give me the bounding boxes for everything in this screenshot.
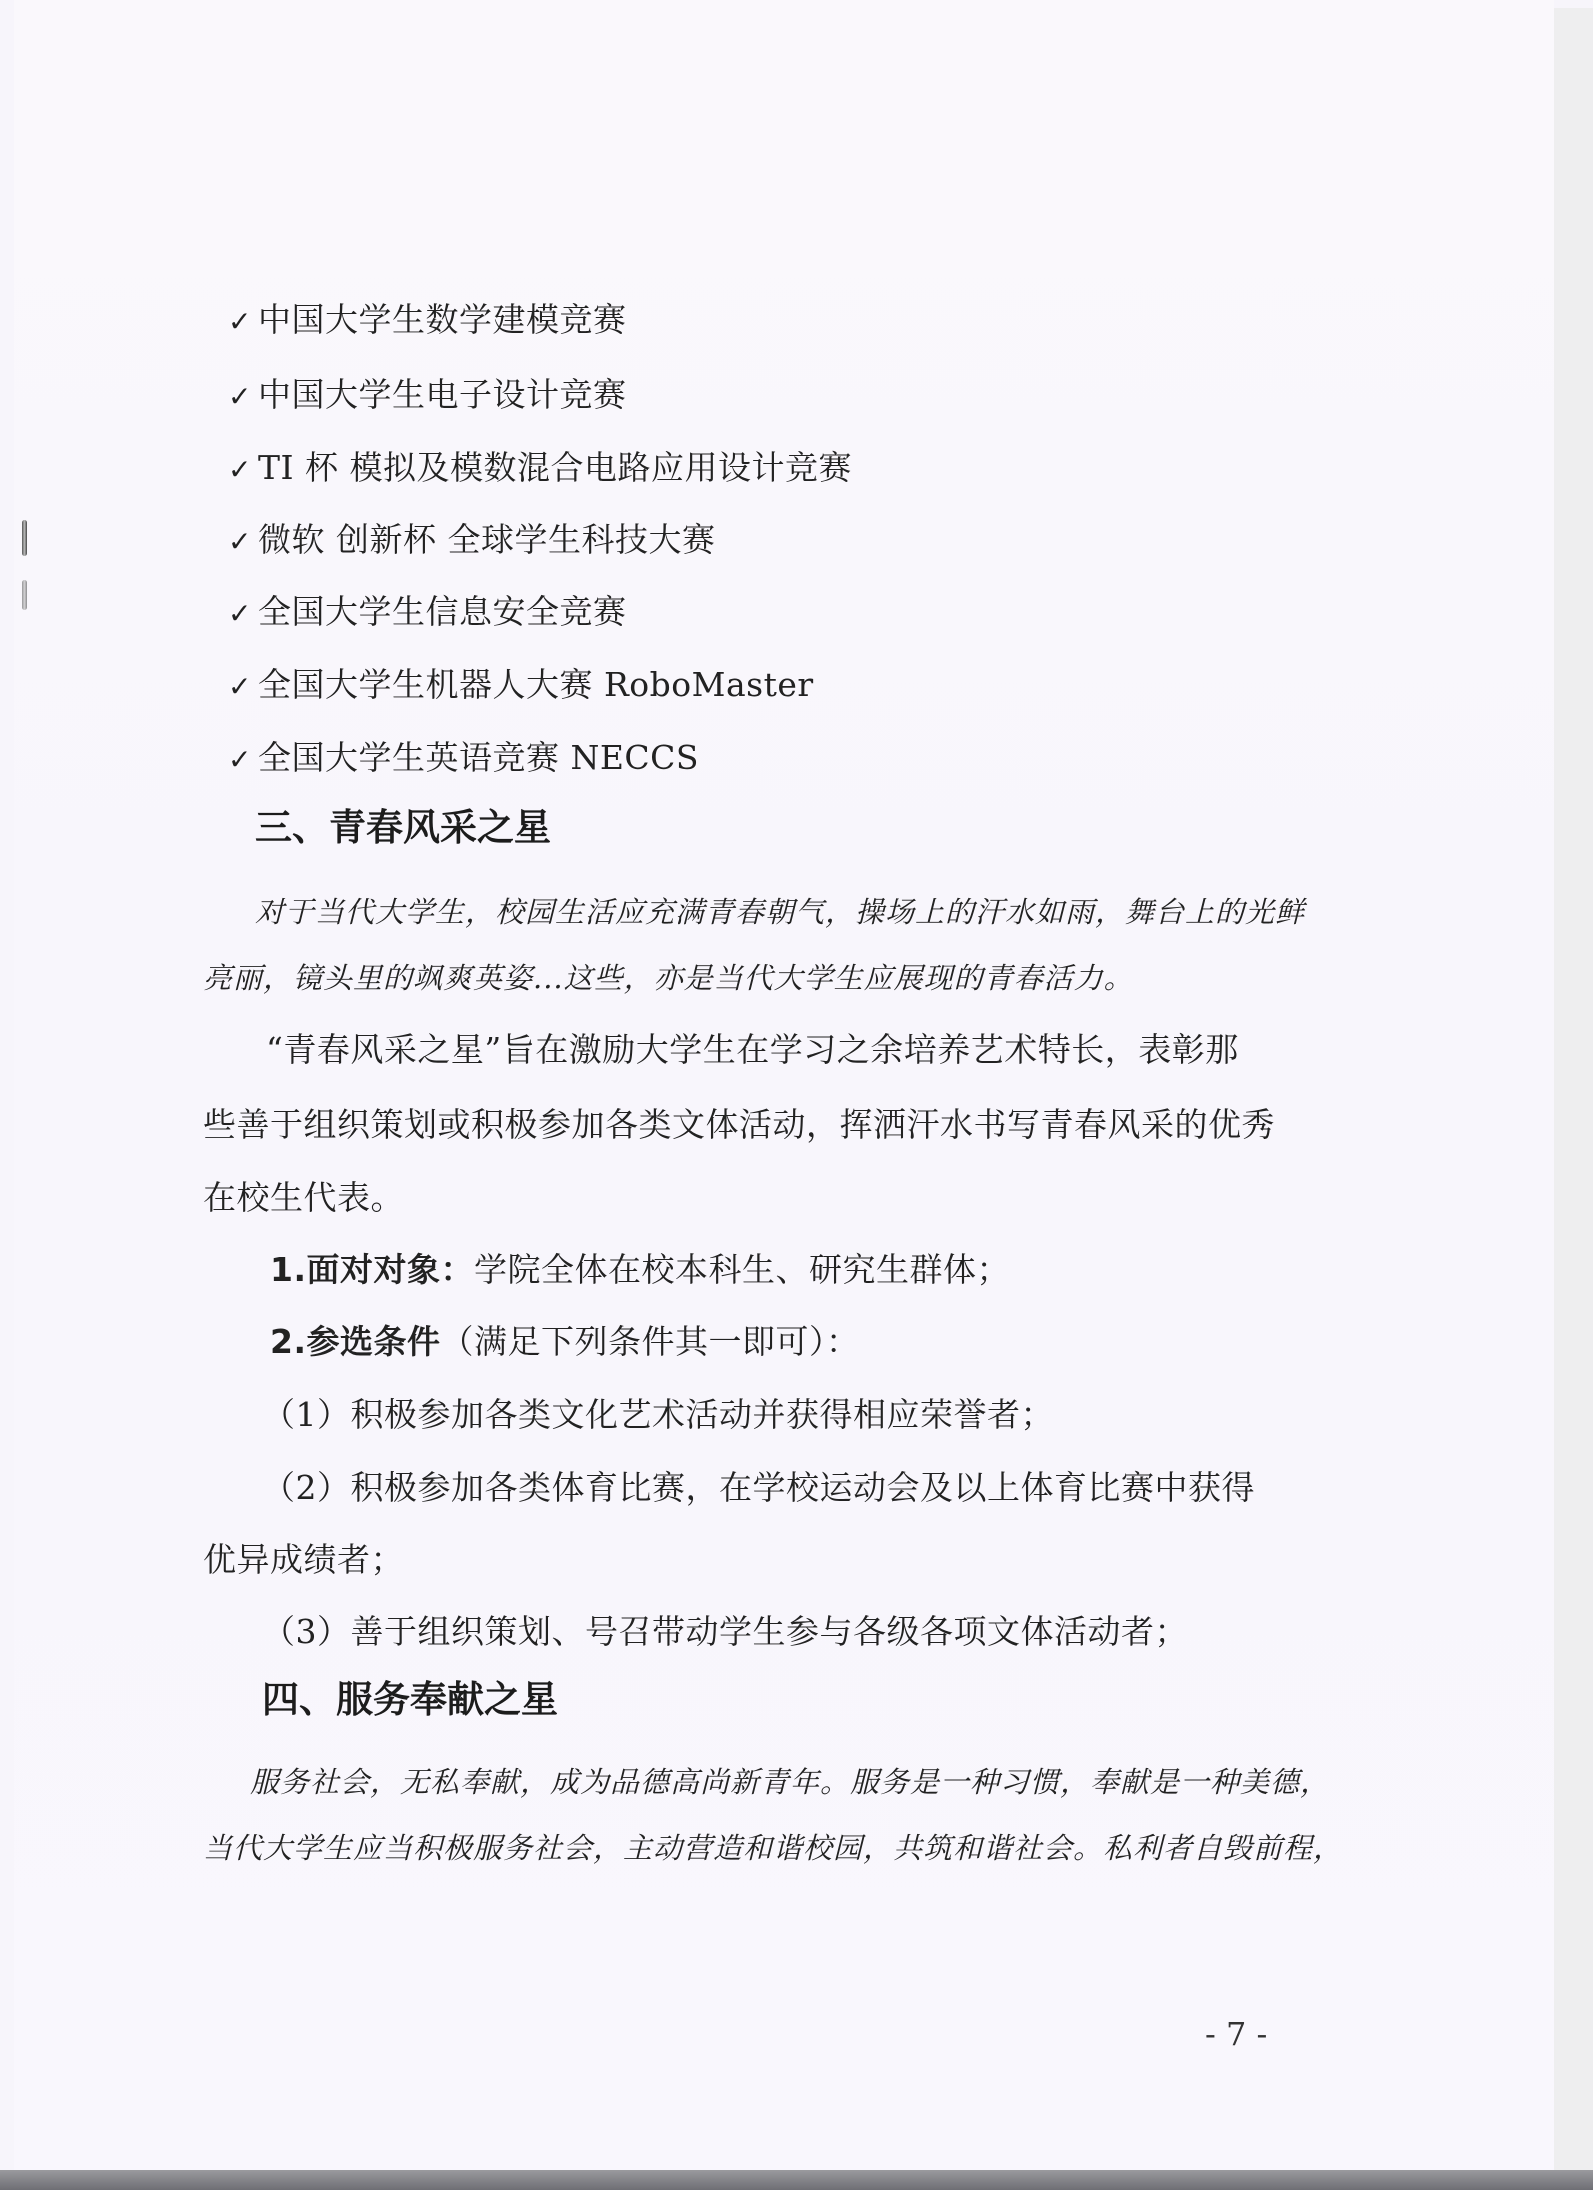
competition-item: ✓全国大学生机器人大赛 RoboMaster xyxy=(228,665,814,707)
checkmark-icon: ✓ xyxy=(228,670,252,703)
intro-text: 对于当代大学生，校园生活应充满青春朝气，操场上的汗水如雨，舞台上的光鲜 xyxy=(255,892,1305,932)
competition-item: ✓中国大学生数学建模竞赛 xyxy=(228,300,626,342)
target-text: 学院全体在校本科生、研究生群体； xyxy=(474,1250,1010,1289)
target-label: 1.面对对象： xyxy=(270,1250,474,1289)
checkmark-icon: ✓ xyxy=(228,743,252,776)
condition-item: （1）积极参加各类文化艺术活动并获得相应荣誉者； xyxy=(262,1395,1054,1435)
competition-label: 全国大学生信息安全竞赛 xyxy=(258,592,627,631)
checkmark-icon: ✓ xyxy=(228,453,252,486)
description-text: 在校生代表。 xyxy=(203,1178,404,1218)
condition-item: （2）积极参加各类体育比赛，在学校运动会及以上体育比赛中获得 xyxy=(262,1468,1255,1508)
checkmark-icon: ✓ xyxy=(228,380,252,413)
competition-item: ✓微软 创新杯 全球学生科技大赛 xyxy=(228,520,715,562)
competition-label: 全国大学生机器人大赛 RoboMaster xyxy=(258,665,814,704)
description-text: 些善于组织策划或积极参加各类文体活动，挥洒汗水书写青春风采的优秀 xyxy=(203,1105,1275,1145)
intro-text: 服务社会，无私奉献，成为品德高尚新青年。服务是一种习惯，奉献是一种美德， xyxy=(250,1762,1330,1802)
competition-label: 中国大学生电子设计竞赛 xyxy=(258,375,627,414)
checkmark-icon: ✓ xyxy=(228,525,252,558)
section-heading: 三、青春风采之星 xyxy=(255,806,551,850)
page-edge-right xyxy=(1554,8,1593,2178)
condition-item: （3）善于组织策划、号召带动学生参与各级各项文体活动者； xyxy=(262,1612,1188,1652)
competition-label: TI 杯 模拟及模数混合电路应用设计竞赛 xyxy=(258,448,852,487)
competition-item: ✓全国大学生信息安全竞赛 xyxy=(228,592,626,634)
competition-label: 全国大学生英语竞赛 NECCS xyxy=(258,738,699,777)
checkmark-icon: ✓ xyxy=(228,305,252,338)
checkmark-icon: ✓ xyxy=(228,597,252,630)
competition-item: ✓中国大学生电子设计竞赛 xyxy=(228,375,626,417)
conditions-label: 2.参选条件 xyxy=(270,1322,441,1361)
intro-text: 当代大学生应当积极服务社会，主动营造和谐校园，共筑和谐社会。私利者自毁前程， xyxy=(203,1828,1343,1868)
competition-item: ✓TI 杯 模拟及模数混合电路应用设计竞赛 xyxy=(228,448,852,490)
eligibility-conditions: 2.参选条件（满足下列条件其一即可）： xyxy=(270,1322,860,1362)
target-audience: 1.面对对象：学院全体在校本科生、研究生群体； xyxy=(270,1250,1010,1290)
competition-item: ✓全国大学生英语竞赛 NECCS xyxy=(228,738,699,780)
staple-icon xyxy=(22,520,27,556)
scanner-bottom-edge xyxy=(0,2170,1593,2190)
intro-text: 亮丽，镜头里的飒爽英姿...这些，亦是当代大学生应展现的青春活力。 xyxy=(203,958,1134,998)
page-number: - 7 - xyxy=(1205,2015,1267,2053)
competition-label: 中国大学生数学建模竞赛 xyxy=(258,300,627,339)
staple-icon xyxy=(22,580,27,610)
condition-item: 优异成绩者； xyxy=(203,1540,404,1580)
section-heading: 四、服务奉献之星 xyxy=(262,1678,558,1722)
conditions-text: （满足下列条件其一即可）： xyxy=(441,1322,860,1361)
competition-label: 微软 创新杯 全球学生科技大赛 xyxy=(258,520,715,559)
description-text: “青春风采之星”旨在激励大学生在学习之余培养艺术特长，表彰那 xyxy=(266,1030,1239,1070)
